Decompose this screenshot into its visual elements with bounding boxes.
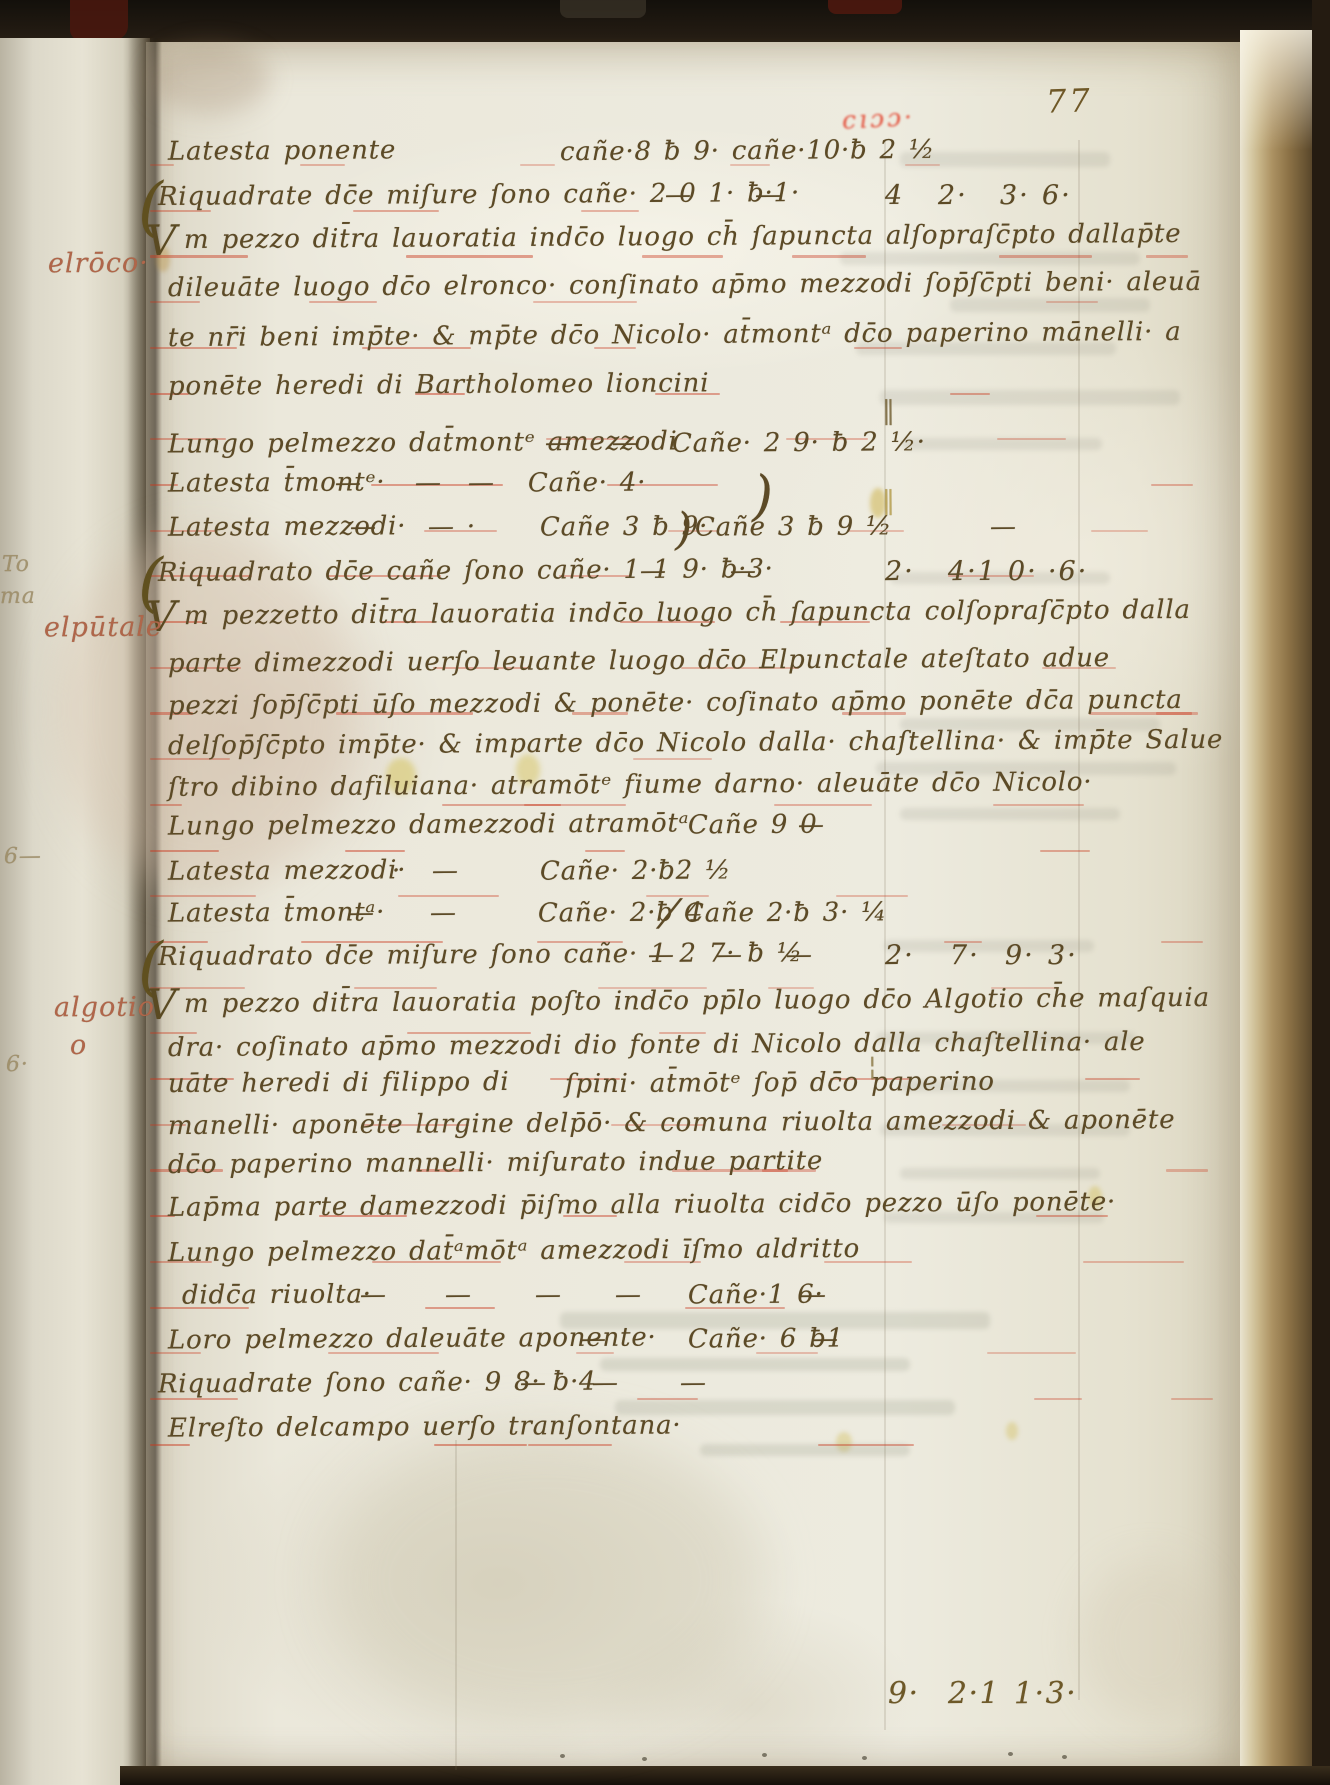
manuscript-line-segment: 2·	[885, 556, 915, 587]
manuscript-line-segment: 4·1	[948, 556, 997, 587]
ruling-line	[818, 1444, 914, 1446]
speck	[762, 1753, 767, 1757]
ruling-line	[633, 758, 712, 760]
stain	[330, 1430, 760, 1730]
manuscript-photo: 77 cıɔɔ· Latesta ponentecañe·8 ƀ 9· cañe…	[0, 0, 1330, 1785]
manuscript-line-segment: —	[348, 898, 375, 928]
bleed-through-mark	[880, 390, 1180, 405]
manuscript-line-segment: —	[640, 556, 667, 586]
binding-top-edge	[0, 0, 1330, 46]
facing-page-fragment: 6·	[6, 1052, 29, 1077]
manuscript-line-segment: —	[755, 180, 782, 210]
manuscript-line-segment: Cañe· 4·	[528, 468, 646, 499]
manuscript-line-segment: —	[520, 1368, 547, 1398]
ruling-line	[1046, 301, 1098, 303]
stain	[1080, 1560, 1220, 1720]
ruling-line	[642, 255, 723, 257]
bleed-through-mark	[900, 808, 1120, 820]
faded-red-inscription-icon: cıɔɔ·	[841, 102, 915, 135]
manuscript-line-segment: 3·	[1048, 940, 1078, 971]
manuscript-line-segment: Cañe· 2 9· ƀ 2 ½·	[672, 427, 926, 459]
manuscript-line-segment: 7·	[950, 940, 980, 971]
ruling-line	[585, 850, 625, 852]
ruling-line	[1083, 1261, 1184, 1263]
manuscript-line-segment: —	[350, 512, 377, 542]
manuscript-line-segment: —	[812, 1324, 839, 1354]
stain	[1006, 1422, 1018, 1440]
bottom-total-number: 1·3·	[1014, 1676, 1077, 1711]
margin-note: algotio	[54, 992, 155, 1024]
manuscript-line-segment: —	[665, 180, 692, 210]
bleed-through-mark	[900, 1168, 1100, 1179]
manuscript-line-segment: —	[990, 512, 1017, 542]
ruling-line	[150, 804, 182, 806]
ruling-line	[1171, 1398, 1213, 1400]
manuscript-line-segment: dra· coſinato ap̄mo mezzodi dio fonte di…	[168, 1027, 1146, 1063]
manuscript-line-segment: —	[592, 1368, 619, 1398]
ruling-line	[1091, 530, 1148, 532]
ruling-line	[774, 804, 872, 806]
margin-note: elrōco·	[48, 248, 149, 280]
facing-page-fragment: 6—	[4, 844, 42, 869]
page-crease	[884, 140, 886, 1730]
manuscript-line-segment: ſtro dibino dafiluiana· atramōtᵉ fiume d…	[168, 767, 1093, 803]
ruling-line	[993, 804, 1084, 806]
manuscript-line-segment: —	[800, 1280, 827, 1310]
ruling-line	[345, 850, 405, 852]
manuscript-line-segment: — ·	[428, 512, 476, 542]
leather-fragment	[828, 0, 902, 14]
page-crease	[455, 1440, 457, 1770]
manuscript-line-segment: Riquadrato dc̄e cañe ſono cañe· 1 1 9· ƀ…	[158, 554, 774, 588]
manuscript-line-segment: te nr̄i beni imp̄te· & mp̄te dc̄o Nicolo…	[168, 317, 1182, 353]
ruling-line	[637, 1398, 698, 1400]
facing-page-fragment: To	[2, 552, 30, 577]
manuscript-line-segment: 2·	[938, 180, 968, 211]
manuscript-line-segment: ·6·	[1048, 556, 1089, 587]
manuscript-line-segment: —	[415, 468, 442, 498]
page-crease	[1078, 140, 1080, 1700]
manuscript-line-segment: m pezzo dit̄ra lauoratia indc̄o luogo ch…	[184, 219, 1182, 255]
manuscript-line-segment: 9·	[1005, 940, 1035, 971]
ruling-line	[999, 255, 1092, 257]
manuscript-line-segment: ⁄	[666, 892, 674, 938]
manuscript-line-segment: didc̄a riuolta·	[182, 1279, 372, 1310]
manuscript-line-segment: 0·	[1008, 556, 1038, 587]
speck	[1008, 1752, 1013, 1756]
ruling-line	[533, 301, 637, 303]
ruling-line	[581, 210, 639, 212]
gutter-shadow	[128, 38, 162, 1785]
manuscript-line-segment: 3·	[1000, 180, 1030, 211]
manuscript-line-segment: Riquadrate dc̄e miſure ſono cañe· 2 0 1·…	[158, 178, 800, 212]
manuscript-line-segment: Lungo pelmezzo dat̄ᵃmōtᵃ amezzodi īſmo a…	[168, 1234, 860, 1268]
manuscript-line-segment: m pezzo dit̄ra lauoratia poſto indc̄o pp…	[184, 983, 1210, 1019]
ruling-line	[150, 850, 219, 852]
ruling-line	[1166, 1169, 1208, 1171]
manuscript-line-segment: 6·	[1042, 180, 1072, 211]
ruling-line	[434, 1444, 527, 1446]
facing-page-fragment: ma	[0, 584, 36, 609]
ruling-line	[1085, 1078, 1140, 1080]
leather-fragment	[70, 0, 128, 40]
manuscript-line-segment: 4	[885, 180, 904, 211]
ruling-line	[150, 1444, 190, 1446]
speck	[1062, 1755, 1067, 1759]
manuscript-line-segment: Cañe· 2·ƀ2 ½	[540, 855, 731, 886]
speck	[560, 1754, 565, 1758]
ruling-line	[792, 255, 866, 257]
manuscript-line-segment: —	[545, 428, 572, 458]
manuscript-line-segment: Lungo pelmezzo dat̄montᵉ amezzodi	[168, 426, 678, 459]
ruling-line	[528, 1444, 612, 1446]
manuscript-line-segment: —	[432, 856, 459, 886]
manuscript-line-segment: Lungo pelmezzo damezzodi atramōtᵃ	[168, 808, 689, 841]
manuscript-line-segment: cañe·8 ƀ 9· cañe·10·ƀ 2 ½	[560, 135, 935, 167]
manuscript-line-segment: ·	[392, 856, 401, 886]
manuscript-line-segment: —	[580, 1324, 607, 1354]
folio-number: 77	[1045, 81, 1093, 121]
manuscript-line-segment: Cañe 2·ƀ 3· ¼	[684, 897, 887, 928]
manuscript-line-segment: —	[730, 556, 757, 586]
manuscript-line-segment: —	[430, 898, 457, 928]
manuscript-line-segment: dileuāte luogo dc̄o elronco· conſinato a…	[168, 267, 1202, 303]
manuscript-line-segment: parte dimezzodi uerſo leuante luogo dc̄o…	[168, 643, 1110, 679]
manuscript-line-segment: Riquadrato dc̄e miſure ſono cañe· 1 2 7·…	[158, 938, 803, 972]
bottom-shadow-edge	[120, 1766, 1330, 1785]
ruling-line	[520, 164, 555, 166]
manuscript-line-segment: —	[716, 940, 743, 970]
ruling-line	[524, 804, 626, 806]
speck	[642, 1757, 647, 1761]
manuscript-line-segment: dc̄o paperino mannelli· miſurato indue p…	[168, 1146, 823, 1180]
manuscript-line-segment: pezzi ſop̄ſc̄pti ūſo mezzodi & ponēte· c…	[168, 685, 1183, 721]
manuscript-line-segment: m pezzetto dit̄ra lauoratia indc̄o luogo…	[184, 595, 1191, 631]
stain	[150, 44, 270, 114]
manuscript-line-segment: —	[468, 468, 495, 498]
manuscript-line-segment: ſpini· at̄mōtᵉ ſop̄ dc̄o paperino	[565, 1067, 995, 1100]
bleed-through-mark	[700, 1444, 910, 1456]
ink-mark: ¦	[868, 1052, 878, 1082]
ruling-line	[1151, 484, 1193, 486]
manuscript-line-segment: —	[648, 940, 675, 970]
manuscript-line-segment: Elreſto delcampo uerſo tranſontana·	[168, 1410, 682, 1443]
ink-mark: ‖	[882, 396, 896, 426]
bleed-through-mark	[950, 298, 1150, 312]
bottom-total-number: 9·	[888, 1676, 920, 1711]
bottom-total-number: 2·1	[948, 1676, 1000, 1711]
manuscript-line-segment: —	[612, 428, 639, 458]
margin-note: elpūtale	[44, 612, 163, 644]
manuscript-line-segment: manelli· aponēte largine delp̄ō· & comun…	[168, 1105, 1176, 1141]
manuscript-line-segment: uāte heredi di filippo di	[168, 1067, 510, 1099]
manuscript-line-segment: —	[786, 940, 813, 970]
ruling-line	[1040, 850, 1090, 852]
manuscript-line-segment: Cañe· 2·ƀ 4	[538, 897, 703, 928]
manuscript-line-segment: —	[335, 468, 362, 498]
margin-note: o	[70, 1030, 87, 1061]
ruling-line	[950, 393, 990, 395]
manuscript-line-segment: )	[675, 504, 693, 555]
manuscript-line-segment: ponēte heredi di Bartholomeo lioncini	[168, 368, 709, 401]
ruling-line	[1146, 255, 1188, 257]
manuscript-line-segment: 2·	[885, 940, 915, 971]
ruling-line	[1034, 1398, 1082, 1400]
binding-fragment	[560, 0, 646, 18]
cover-edge-right	[1312, 0, 1330, 1785]
manuscript-line-segment: —	[535, 1280, 562, 1310]
ink-mark: ‖	[882, 486, 896, 516]
manuscript-line-segment: Cañe 3 ƀ 9 ½	[695, 511, 892, 542]
bleed-through-mark	[600, 1358, 910, 1371]
manuscript-line-segment: —	[615, 1280, 642, 1310]
manuscript-line-segment: Latesta mezzodi·	[168, 855, 406, 886]
ruling-line	[1161, 941, 1203, 943]
manuscript-line-segment: —	[445, 1280, 472, 1310]
manuscript-line-segment: Latesta ponente	[168, 135, 396, 166]
ruling-line	[406, 255, 533, 257]
manuscript-line-segment: —	[798, 810, 825, 840]
manuscript-line-segment: V	[146, 216, 177, 265]
manuscript-line-segment: Lap̄ma parte damezzodi p̄iſmo alla riuol…	[168, 1187, 1116, 1223]
manuscript-line-segment: —	[360, 1280, 387, 1310]
manuscript-line-segment: —	[680, 1368, 707, 1398]
speck	[862, 1756, 867, 1760]
